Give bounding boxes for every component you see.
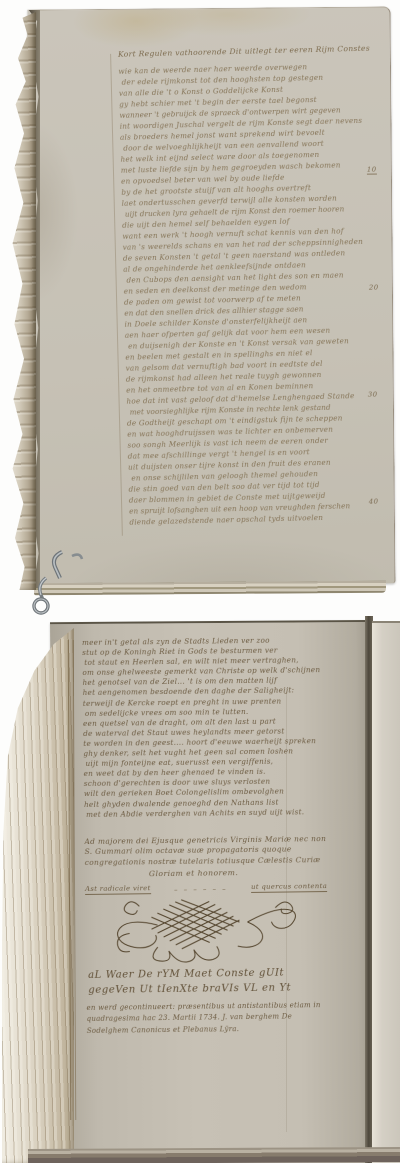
handwritten-text-block: Kort Regulen vathoorende Dit uitlegt ter…: [118, 42, 388, 528]
motto-right: ut quercus contenta: [251, 882, 327, 893]
facing-page-edge: [372, 621, 400, 1163]
motto-dashes: – – – – – –: [174, 885, 228, 894]
photo-top-manuscript-leaf: Kort Regulen vathoorende Dit uitlegt ter…: [6, 4, 392, 596]
dedication-center-line: Gloriam et honorem.: [149, 868, 238, 878]
page-heading: Kort Regulen vathoorende Dit uitlegt ter…: [118, 42, 376, 61]
photo-collage: Kort Regulen vathoorende Dit uitlegt ter…: [0, 0, 400, 1163]
margin-line-number: 30: [368, 391, 378, 399]
photo-open-book: meer in't getal als zyn de Stadts Lieden…: [0, 612, 400, 1163]
handwritten-text-block: meer in't getal als zyn de Stadts Lieden…: [82, 635, 345, 1037]
manuscript-page: Kort Regulen vathoorende Dit uitlegt ter…: [27, 6, 395, 586]
calligraphic-flourish-drawing: [99, 895, 312, 964]
margin-line-number: 20: [369, 284, 379, 292]
chronogram-line: gegeVen Ut tIenXte braVIs VL en Yt: [88, 980, 344, 998]
margin-line-number: 10: [367, 166, 377, 175]
closing-note-lines: en werd gecontinueert: præsentibus ut an…: [86, 1000, 344, 1037]
motto-left: Ast radicale viret: [85, 884, 151, 895]
poem-lines: wie kan de weerde naer haer weerde overw…: [118, 59, 387, 527]
motto-row: Ast radicale viret – – – – – – ut quercu…: [85, 882, 327, 895]
verse-lines: meer in't getal als zyn de Stadts Lieden…: [82, 635, 342, 820]
book-bottom-edge: [28, 1147, 400, 1163]
margin-line-number: 40: [369, 498, 379, 506]
handwritten-line: congregationis nostræ tutelaris totiusqu…: [85, 855, 343, 869]
latin-dedication: Ad majorem dei Ejusque genetricis Virgin…: [84, 834, 342, 870]
frayed-binding-edge: [6, 12, 36, 590]
metal-clasp-icon: [16, 548, 88, 620]
fore-edge-page-stack: [2, 628, 74, 1163]
